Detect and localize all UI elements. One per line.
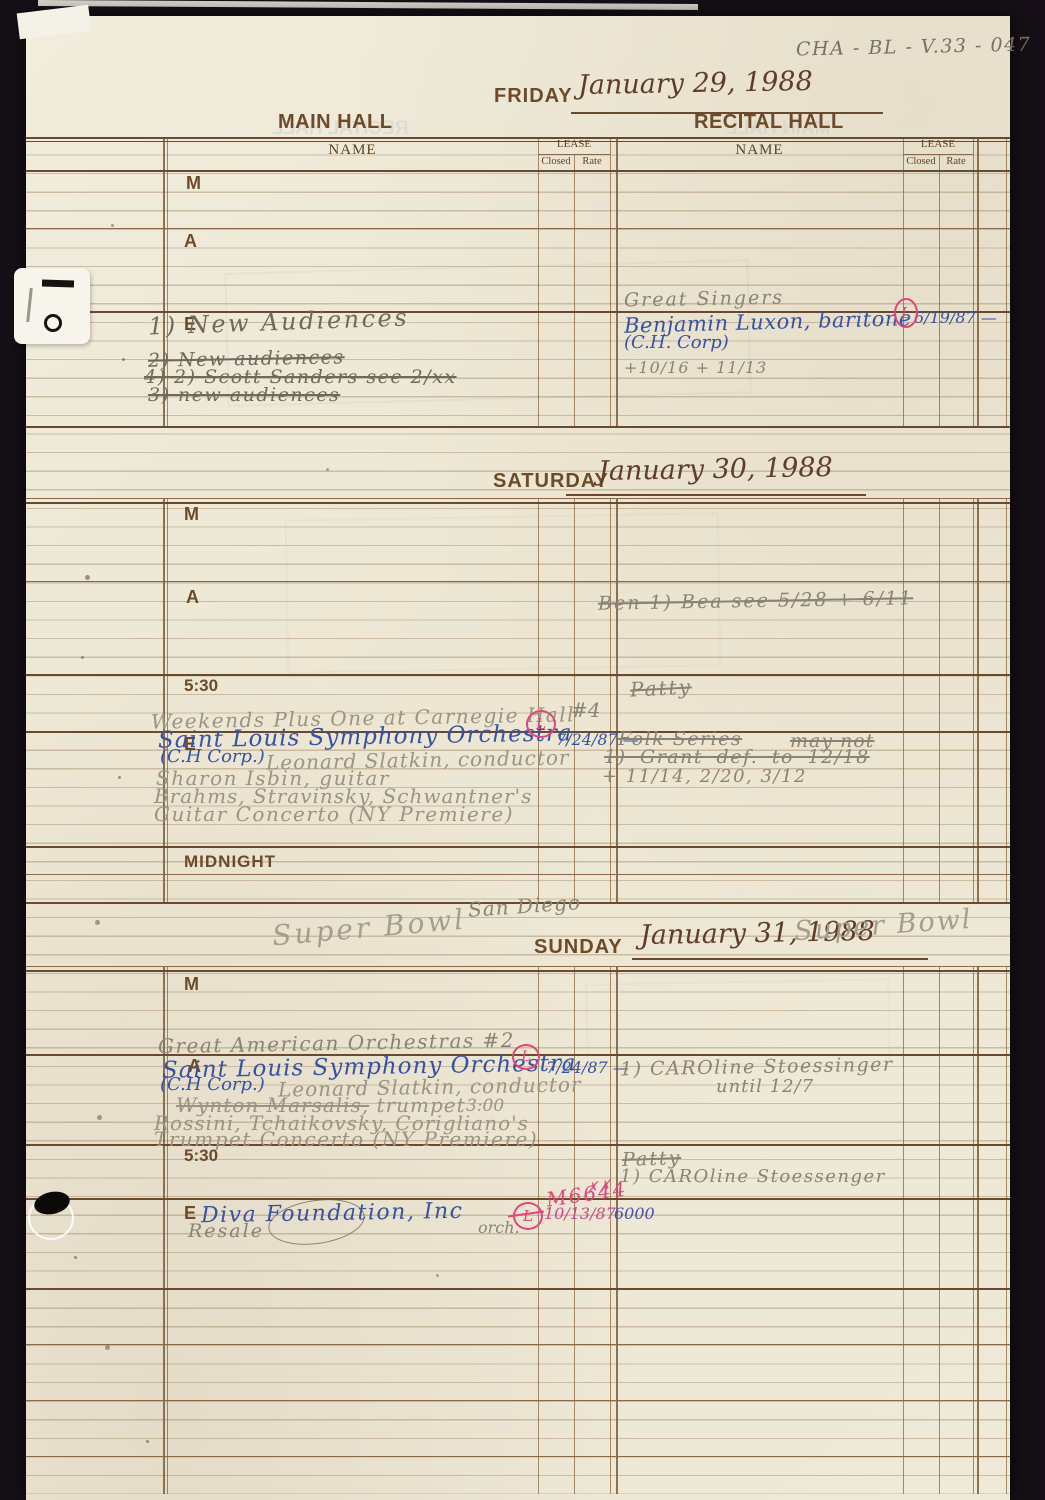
table-grid-vline — [163, 498, 165, 902]
table-grid-hline — [26, 1288, 1010, 1290]
table-grid-hline — [26, 228, 1010, 229]
day-date-friday: January 29, 1988 — [578, 68, 813, 99]
table-grid-vline — [939, 966, 940, 1494]
row-label-a: A — [184, 232, 197, 250]
day-label-sunday: SUNDAY — [534, 937, 623, 957]
saturday-recital-530-struck: Patty — [630, 676, 693, 699]
table-grid-hline — [26, 846, 1010, 848]
table-grid-vline — [903, 137, 904, 426]
friday-main-e-line4: 3) new audiences — [148, 386, 340, 405]
table-grid-vline — [1006, 498, 1007, 902]
row-label-m: M — [184, 975, 199, 993]
sunday-recital-a-line2: until 12/7 — [716, 1078, 814, 1096]
hall-recital-label: RECITAL HALL — [694, 112, 844, 132]
tab-ink-ring — [44, 314, 62, 332]
sunday-main-corp: (C.H Corp.) — [160, 1076, 265, 1094]
file-tab — [14, 268, 90, 344]
table-grid-vline — [973, 498, 974, 902]
table-grid-vline — [903, 498, 904, 902]
sunday-main-e-amount: 6000 — [614, 1206, 655, 1222]
tab-pencil-stroke — [26, 288, 33, 322]
table-grid-hline — [26, 674, 1010, 676]
row-label-m: M — [184, 505, 199, 523]
circled-l-mark: L — [894, 298, 918, 328]
table-grid-vline — [538, 966, 539, 1494]
ledger-page: RECITAL HALL MAIN HALL CHA - BL - V.33 -… — [26, 16, 1010, 1500]
day-label-saturday: SATURDAY — [493, 471, 609, 491]
row-label-midnight: MIDNIGHT — [184, 853, 276, 870]
row-label-m: M — [186, 174, 201, 192]
col-header-rate-main: Rate — [574, 157, 610, 168]
table-grid-hline — [26, 1456, 1010, 1457]
table-grid-hline — [26, 426, 1010, 428]
table-grid-hline — [26, 874, 1010, 875]
sunday-recital-530-line1: 1) CAROline Stoessenger — [620, 1168, 886, 1186]
row-label-a: A — [186, 588, 199, 606]
saturday-recital-e-added-dates: + 11/14, 2/20, 3/12 — [602, 768, 807, 786]
archival-reference: CHA - BL - V.33 - 047 — [796, 36, 1032, 60]
sunday-main-e-resale: Resale — [188, 1222, 264, 1241]
table-grid-vline — [977, 137, 979, 426]
sunday-main-e-date-mark: 10/13/87 — [544, 1206, 616, 1222]
torn-corner — [17, 5, 92, 40]
col-header-lease-main: LEASE — [538, 139, 610, 150]
table-grid-vline — [977, 966, 979, 1494]
table-grid-hline — [26, 966, 1010, 967]
table-grid-vline — [973, 137, 974, 426]
table-grid-hline — [26, 137, 1010, 139]
table-grid-hline — [26, 1400, 1010, 1401]
table-grid-hline — [26, 1198, 1010, 1200]
saturday-main-series-no: #4 — [571, 700, 600, 720]
friday-recital-corp: (C.H. Corp) — [624, 334, 729, 352]
circled-l-mark: L — [512, 1044, 540, 1070]
col-header-rate-recital: Rate — [939, 157, 973, 168]
sunday-main-program2: Trumpet Concerto (NY Premiere) — [154, 1129, 538, 1149]
sunday-main-e-seating: orch. — [478, 1220, 520, 1236]
table-grid-hline — [26, 970, 1010, 972]
col-header-closed-recital: Closed — [903, 157, 939, 168]
table-grid-vline — [574, 966, 575, 1494]
saturday-recital-e-struck3: 1) Grant def. to 12/18 — [604, 748, 870, 767]
lease-header-divider — [903, 154, 973, 155]
table-grid-vline — [977, 498, 979, 902]
table-grid-vline — [939, 498, 940, 902]
table-grid-hline — [26, 498, 1010, 499]
friday-recital-added-dates: +10/16 + 11/13 — [624, 360, 767, 376]
table-grid-hline — [26, 502, 1010, 504]
paper-edge-sliver — [38, 0, 698, 10]
col-header-name-main: NAME — [167, 143, 538, 158]
table-grid-vline — [973, 966, 974, 1494]
col-header-lease-recital: LEASE — [903, 139, 973, 150]
hall-main-label: MAIN HALL — [278, 112, 392, 132]
table-grid-hline — [26, 141, 1010, 142]
friday-recital-date-mark: 6/19/87 — — [914, 310, 997, 326]
friday-recital-series: Great Singers — [624, 289, 784, 311]
col-header-name-recital: NAME — [616, 143, 903, 158]
table-grid-vline — [1006, 966, 1007, 1494]
table-grid-hline — [26, 1344, 1010, 1345]
day-date-saturday: January 30, 1988 — [598, 454, 833, 485]
row-label-530: 5:30 — [184, 677, 218, 694]
table-grid-vline — [1006, 137, 1007, 426]
saturday-main-program2: Guitar Concerto (NY Premiere) — [154, 804, 514, 824]
saturday-main-corp: (C.H Corp.) — [160, 748, 265, 766]
date-underline — [632, 958, 928, 960]
date-underline — [566, 494, 866, 496]
table-grid-vline — [939, 154, 940, 426]
circled-l-mark: L — [526, 710, 556, 738]
tab-ink-bar — [42, 279, 74, 287]
col-header-closed-main: Closed — [538, 157, 574, 168]
day-label-friday: FRIDAY — [494, 86, 573, 106]
table-grid-vline — [167, 498, 168, 902]
table-grid-hline — [26, 170, 1010, 172]
table-grid-vline — [903, 966, 904, 1494]
saturday-recital-a-struck: Ben 1) Bea see 5/28 + 6/11 — [598, 589, 914, 613]
